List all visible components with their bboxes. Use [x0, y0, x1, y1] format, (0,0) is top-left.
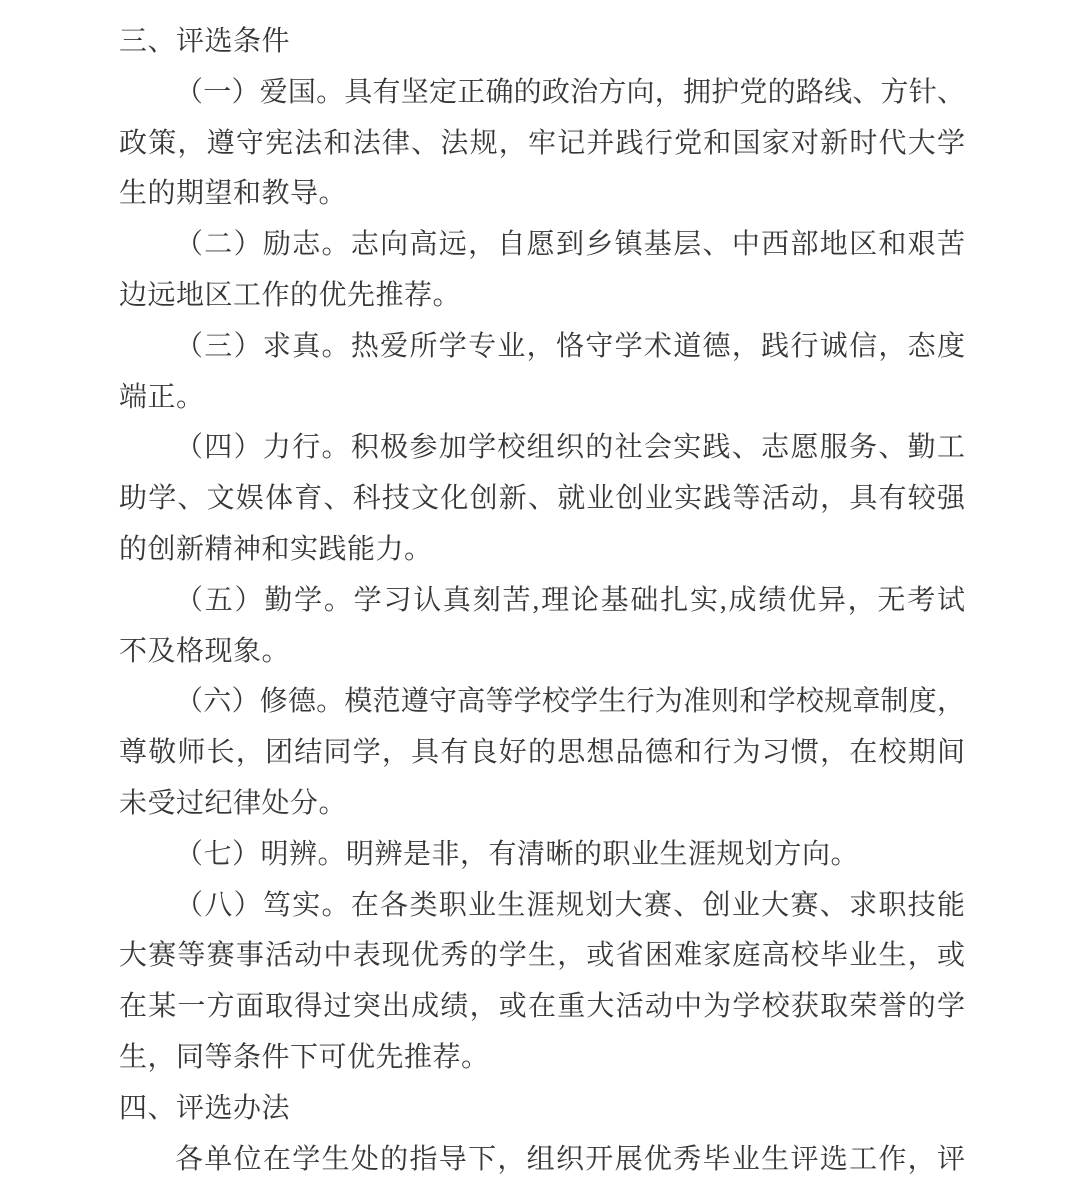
section-heading: 四、评选办法	[119, 1084, 965, 1135]
section-heading: 三、评选条件	[119, 17, 965, 68]
text-line: 各单位在学生处的指导下，组织开展优秀毕业生评选工作，评	[119, 1135, 965, 1186]
text-line: 端正。	[119, 373, 965, 424]
document-page: 三、评选条件 （一）爱国。具有坚定正确的政治方向，拥护党的路线、方针、 政策，遵…	[0, 0, 1080, 1190]
text-line: 不及格现象。	[119, 627, 965, 678]
text-line: 尊敬师长，团结同学，具有良好的思想品德和行为习惯，在校期间	[119, 728, 965, 779]
text-line: 生，同等条件下可优先推荐。	[119, 1033, 965, 1084]
text-line: 的创新精神和实践能力。	[119, 525, 965, 576]
text-line: （三）求真。热爱所学专业，恪守学术道德，践行诚信，态度	[119, 322, 965, 373]
text-line: 助学、文娱体育、科技文化创新、就业创业实践等活动，具有较强	[119, 474, 965, 525]
text-line: （四）力行。积极参加学校组织的社会实践、志愿服务、勤工	[119, 423, 965, 474]
text-line: （五）勤学。学习认真刻苦,理论基础扎实,成绩优异，无考试	[119, 576, 965, 627]
text-line: 大赛等赛事活动中表现优秀的学生，或省困难家庭高校毕业生，或	[119, 931, 965, 982]
text-line: 政策，遵守宪法和法律、法规，牢记并践行党和国家对新时代大学	[119, 119, 965, 170]
text-line: （六）修德。模范遵守高等学校学生行为准则和学校规章制度，	[119, 677, 965, 728]
text-line: 未受过纪律处分。	[119, 779, 965, 830]
text-line: （七）明辨。明辨是非，有清晰的职业生涯规划方向。	[119, 830, 965, 881]
text-line: 边远地区工作的优先推荐。	[119, 271, 965, 322]
text-line: （八）笃实。在各类职业生涯规划大赛、创业大赛、求职技能	[119, 881, 965, 932]
text-line: （二）励志。志向高远，自愿到乡镇基层、中西部地区和艰苦	[119, 220, 965, 271]
text-line: 在某一方面取得过突出成绩，或在重大活动中为学校获取荣誉的学	[119, 982, 965, 1033]
text-line: （一）爱国。具有坚定正确的政治方向，拥护党的路线、方针、	[119, 68, 965, 119]
text-line: 生的期望和教导。	[119, 169, 965, 220]
